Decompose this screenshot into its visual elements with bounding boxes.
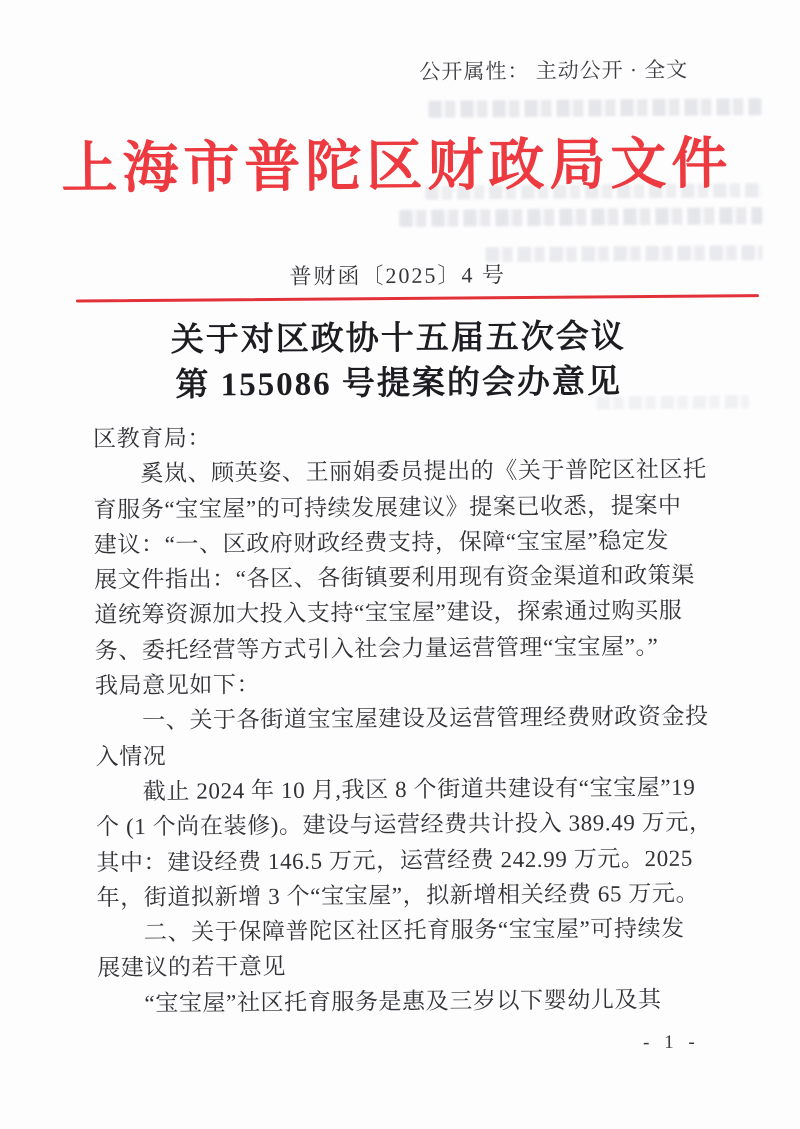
scanned-document-page: 公开属性： 主动公开 · 全文 上海市普陀区财政局文件 普财函〔2025〕4 号… — [0, 0, 800, 1129]
document-title-line-1: 关于对区政协十五届五次会议 — [0, 314, 798, 365]
body-line: 个 (1 个尚在装修)。建设与运营经费共计投入 389.49 万元， — [96, 805, 716, 845]
body-line: 奚岚、顾英姿、王丽娟委员提出的《关于普陀区社区托 — [93, 452, 713, 492]
body-line: 建议：“一、区政府财政经费支持，保障“宝宝屋”稳定发 — [94, 522, 714, 562]
bleed-through-ghost — [399, 207, 762, 227]
body-text: 区教育局：奚岚、顾英姿、王丽娟委员提出的《关于普陀区社区托育服务“宝宝屋”的可持… — [93, 417, 718, 1022]
document-title: 关于对区政协十五届五次会议 第 155086 号提案的会办意见 — [0, 314, 799, 410]
scan-tilt-wrapper: 公开属性： 主动公开 · 全文 上海市普陀区财政局文件 普财函〔2025〕4 号… — [0, 0, 800, 1129]
body-line: 展文件指出：“各区、各街镇要利用现有资金渠道和政策渠 — [94, 558, 714, 598]
agency-red-header: 上海市普陀区财政局文件 — [0, 119, 797, 205]
body-line: 道统筹资源加大投入支持“宝宝屋”建设，探索通过购买服 — [94, 593, 714, 633]
red-separator-rule — [76, 294, 759, 302]
body-line: 入情况 — [95, 734, 715, 774]
body-line: 二、关于保障普陀区社区托育服务“宝宝屋”可持续发 — [97, 911, 717, 951]
document-number: 普财函〔2025〕4 号 — [0, 256, 798, 293]
body-line: 年，街道拟新增 3 个“宝宝屋”，拟新增相关经费 65 万元。 — [97, 875, 717, 915]
body-line: 展建议的若干意见 — [97, 946, 717, 986]
body-line: “宝宝屋”社区托育服务是惠及三岁以下婴幼儿及其 — [97, 981, 717, 1021]
body-line: 一、关于各街道宝宝屋建设及运营管理经费财政资金投 — [95, 699, 715, 739]
document-title-line-2: 第 155086 号提案的会办意见 — [0, 359, 799, 410]
body-line: 其中：建设经费 146.5 万元，运营经费 242.99 万元。2025 — [96, 840, 716, 880]
publicity-attribute-label: 公开属性： 主动公开 · 全文 — [419, 54, 688, 86]
body-line: 育服务“宝宝屋”的可持续发展建议》提案已收悉，提案中 — [93, 487, 713, 527]
body-line: 务、委托经营等方式引入社会力量运营管理“宝宝屋”。” — [95, 628, 715, 668]
page-number: - 1 - — [643, 1032, 700, 1054]
body-line: 截止 2024 年 10 月,我区 8 个街道共建设有“宝宝屋”19 — [96, 769, 716, 809]
body-line: 我局意见如下： — [95, 664, 715, 704]
body-line: 区教育局： — [93, 417, 713, 457]
bleed-through-ghost — [428, 98, 761, 118]
